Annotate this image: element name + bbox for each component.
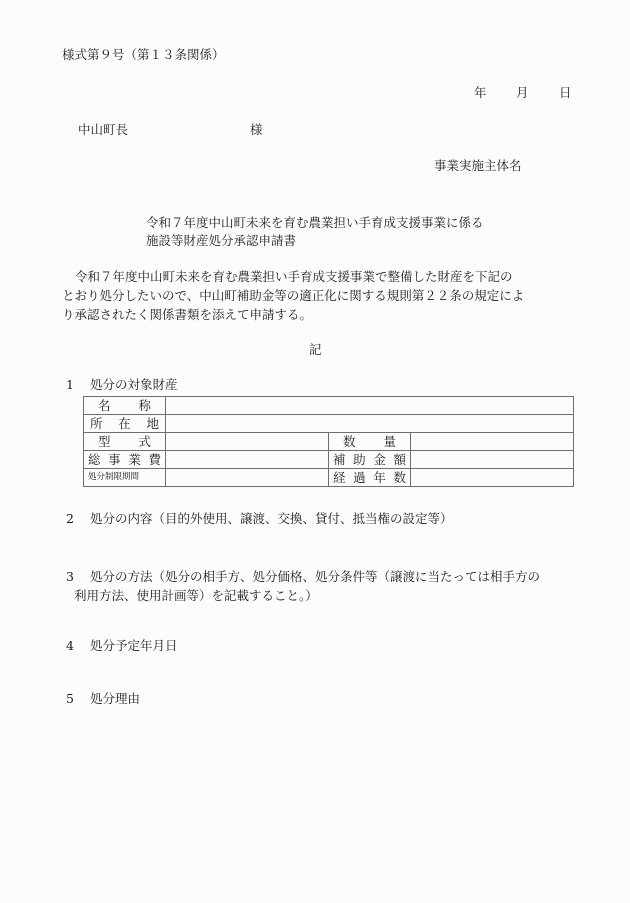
section-label-continuation: 利用方法、使用計画等）を記載すること。） bbox=[66, 586, 540, 605]
section-label: 処分の対象財産 bbox=[90, 377, 178, 392]
table-row: 所在地 bbox=[84, 415, 574, 433]
date-line: 年月日 bbox=[474, 87, 572, 100]
body-line-3: り承認されたく関係書類を添えて申請する。 bbox=[62, 305, 582, 324]
addressee: 中山町長 bbox=[78, 124, 128, 137]
body-line-1: 令和７年度中山町未来を育む農業担い手育成支援事業で整備した財産を下記の bbox=[62, 267, 582, 286]
table-row: 型 式 数 量 bbox=[84, 433, 574, 451]
form-number: 様式第９号（第１３条関係） bbox=[62, 49, 225, 62]
section-5: 5処分理由 bbox=[66, 693, 140, 706]
label-location: 所在地 bbox=[84, 415, 166, 433]
label-subsidy-amount: 補助金額 bbox=[329, 451, 411, 469]
body-line-2: とおり処分したいので、中山町補助金等の適正化に関する規則第２２条の規定によ bbox=[62, 286, 582, 305]
label-disposal-restriction-period: 処分制限期間 bbox=[84, 469, 166, 487]
table-row: 名 称 bbox=[84, 397, 574, 415]
label-model: 型 式 bbox=[84, 433, 166, 451]
value-name[interactable] bbox=[166, 397, 574, 415]
section-1: 1処分の対象財産 bbox=[66, 379, 178, 392]
section-number: 2 bbox=[66, 513, 90, 526]
section-label: 処分の方法（処分の相手方、処分価格、処分条件等（譲渡に当たっては相手方の bbox=[90, 569, 540, 584]
section-number: 3 bbox=[66, 567, 90, 586]
ki-heading: 記 bbox=[309, 344, 322, 357]
section-number: 1 bbox=[66, 379, 90, 392]
section-label: 処分の内容（目的外使用、譲渡、交換、貸付、抵当権の設定等） bbox=[90, 511, 453, 526]
honorific: 様 bbox=[250, 124, 263, 137]
value-disposal-restriction-period[interactable] bbox=[166, 469, 329, 487]
section-4: 4処分予定年月日 bbox=[66, 640, 178, 653]
value-elapsed-years[interactable] bbox=[411, 469, 574, 487]
label-elapsed-years: 経過年数 bbox=[329, 469, 411, 487]
section-label: 処分理由 bbox=[90, 691, 140, 706]
document-title: 令和７年度中山町未来を育む農業担い手育成支援事業に係る 施設等財産処分承認申請書 bbox=[146, 214, 526, 250]
label-quantity: 数 量 bbox=[329, 433, 411, 451]
label-name: 名 称 bbox=[84, 397, 166, 415]
section-3: 3処分の方法（処分の相手方、処分価格、処分条件等（譲渡に当たっては相手方の 利用… bbox=[66, 567, 540, 605]
date-month-label: 月 bbox=[516, 87, 559, 100]
applicant-name-label: 事業実施主体名 bbox=[434, 160, 522, 173]
table-row: 処分制限期間 経過年数 bbox=[84, 469, 574, 487]
section-label: 処分予定年月日 bbox=[90, 638, 178, 653]
value-location[interactable] bbox=[166, 415, 574, 433]
value-model[interactable] bbox=[166, 433, 329, 451]
title-line-2: 施設等財産処分承認申請書 bbox=[146, 232, 526, 250]
value-subsidy-amount[interactable] bbox=[411, 451, 574, 469]
title-line-1: 令和７年度中山町未来を育む農業担い手育成支援事業に係る bbox=[146, 214, 526, 232]
body-paragraph: 令和７年度中山町未来を育む農業担い手育成支援事業で整備した財産を下記の とおり処… bbox=[62, 267, 582, 324]
label-total-project-cost: 総事業費 bbox=[84, 451, 166, 469]
section-number: 5 bbox=[66, 693, 90, 706]
section-2: 2処分の内容（目的外使用、譲渡、交換、貸付、抵当権の設定等） bbox=[66, 513, 453, 526]
section-number: 4 bbox=[66, 640, 90, 653]
value-quantity[interactable] bbox=[411, 433, 574, 451]
value-total-project-cost[interactable] bbox=[166, 451, 329, 469]
date-year-label: 年 bbox=[474, 87, 516, 100]
property-table: 名 称 所在地 型 式 数 量 総事業費 補助金額 処分制限期間 経過年数 bbox=[83, 396, 574, 487]
date-day-label: 日 bbox=[559, 87, 572, 100]
table-row: 総事業費 補助金額 bbox=[84, 451, 574, 469]
